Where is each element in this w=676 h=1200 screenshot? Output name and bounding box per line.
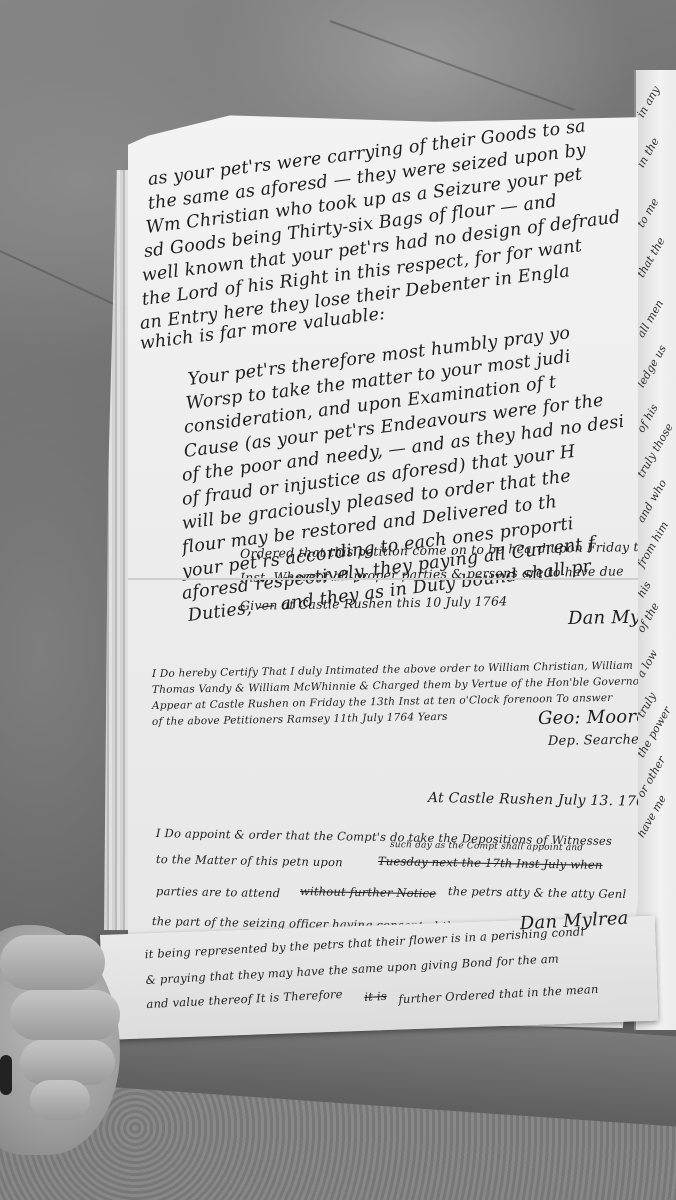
- text-line: to the Matter of this petn upon: [156, 852, 343, 869]
- finger: [10, 990, 120, 1040]
- margin-text: have me: [634, 793, 669, 840]
- interlineation: such day as the Compt shall appoint and: [390, 840, 583, 853]
- struck-text: without further Notice: [300, 884, 436, 900]
- struck-text: it is: [364, 989, 387, 1004]
- margin-text: and who: [634, 477, 669, 524]
- text-line: the petrs atty & the atty Genl: [448, 884, 627, 901]
- finger: [0, 935, 105, 990]
- ring: [0, 1055, 12, 1095]
- manuscript-page: as your pet'rs were carrying of their Go…: [128, 108, 638, 1028]
- margin-text: that the: [634, 235, 667, 280]
- text-line: parties are to attend: [156, 884, 280, 900]
- margin-text: in the: [634, 135, 661, 169]
- place-date: At Castle Rushen July 13. 1764: [428, 790, 655, 810]
- margin-text: in any: [634, 84, 662, 120]
- margin-text: or other: [634, 754, 668, 800]
- text-line: further Ordered that in the mean: [398, 982, 599, 1006]
- signature: Geo: Moore: [538, 706, 647, 729]
- struck-text: Tuesday next the 17th Inst July when: [378, 854, 603, 872]
- margin-text: all men: [634, 298, 666, 340]
- margin-text: from him: [634, 519, 671, 570]
- margin-text: of the: [634, 600, 661, 634]
- folded-flap: it being represented by the petrs that t…: [100, 916, 658, 1040]
- margin-text: ledge us: [634, 343, 669, 390]
- text-line: of the above Petitioners Ramsey 11th Jul…: [152, 711, 448, 728]
- finger: [20, 1040, 115, 1085]
- right-page: in any in the to me that the all men led…: [634, 70, 676, 1030]
- signature: Dan Mylrea: [519, 908, 629, 935]
- margin-text: of his: [634, 402, 660, 435]
- margin-text: to me: [634, 196, 661, 230]
- text-line: and value thereof It is Therefore: [146, 987, 343, 1011]
- signature-title: Dep. Searcher: [548, 732, 646, 749]
- finger: [30, 1080, 90, 1120]
- margin-text: a low: [634, 648, 660, 680]
